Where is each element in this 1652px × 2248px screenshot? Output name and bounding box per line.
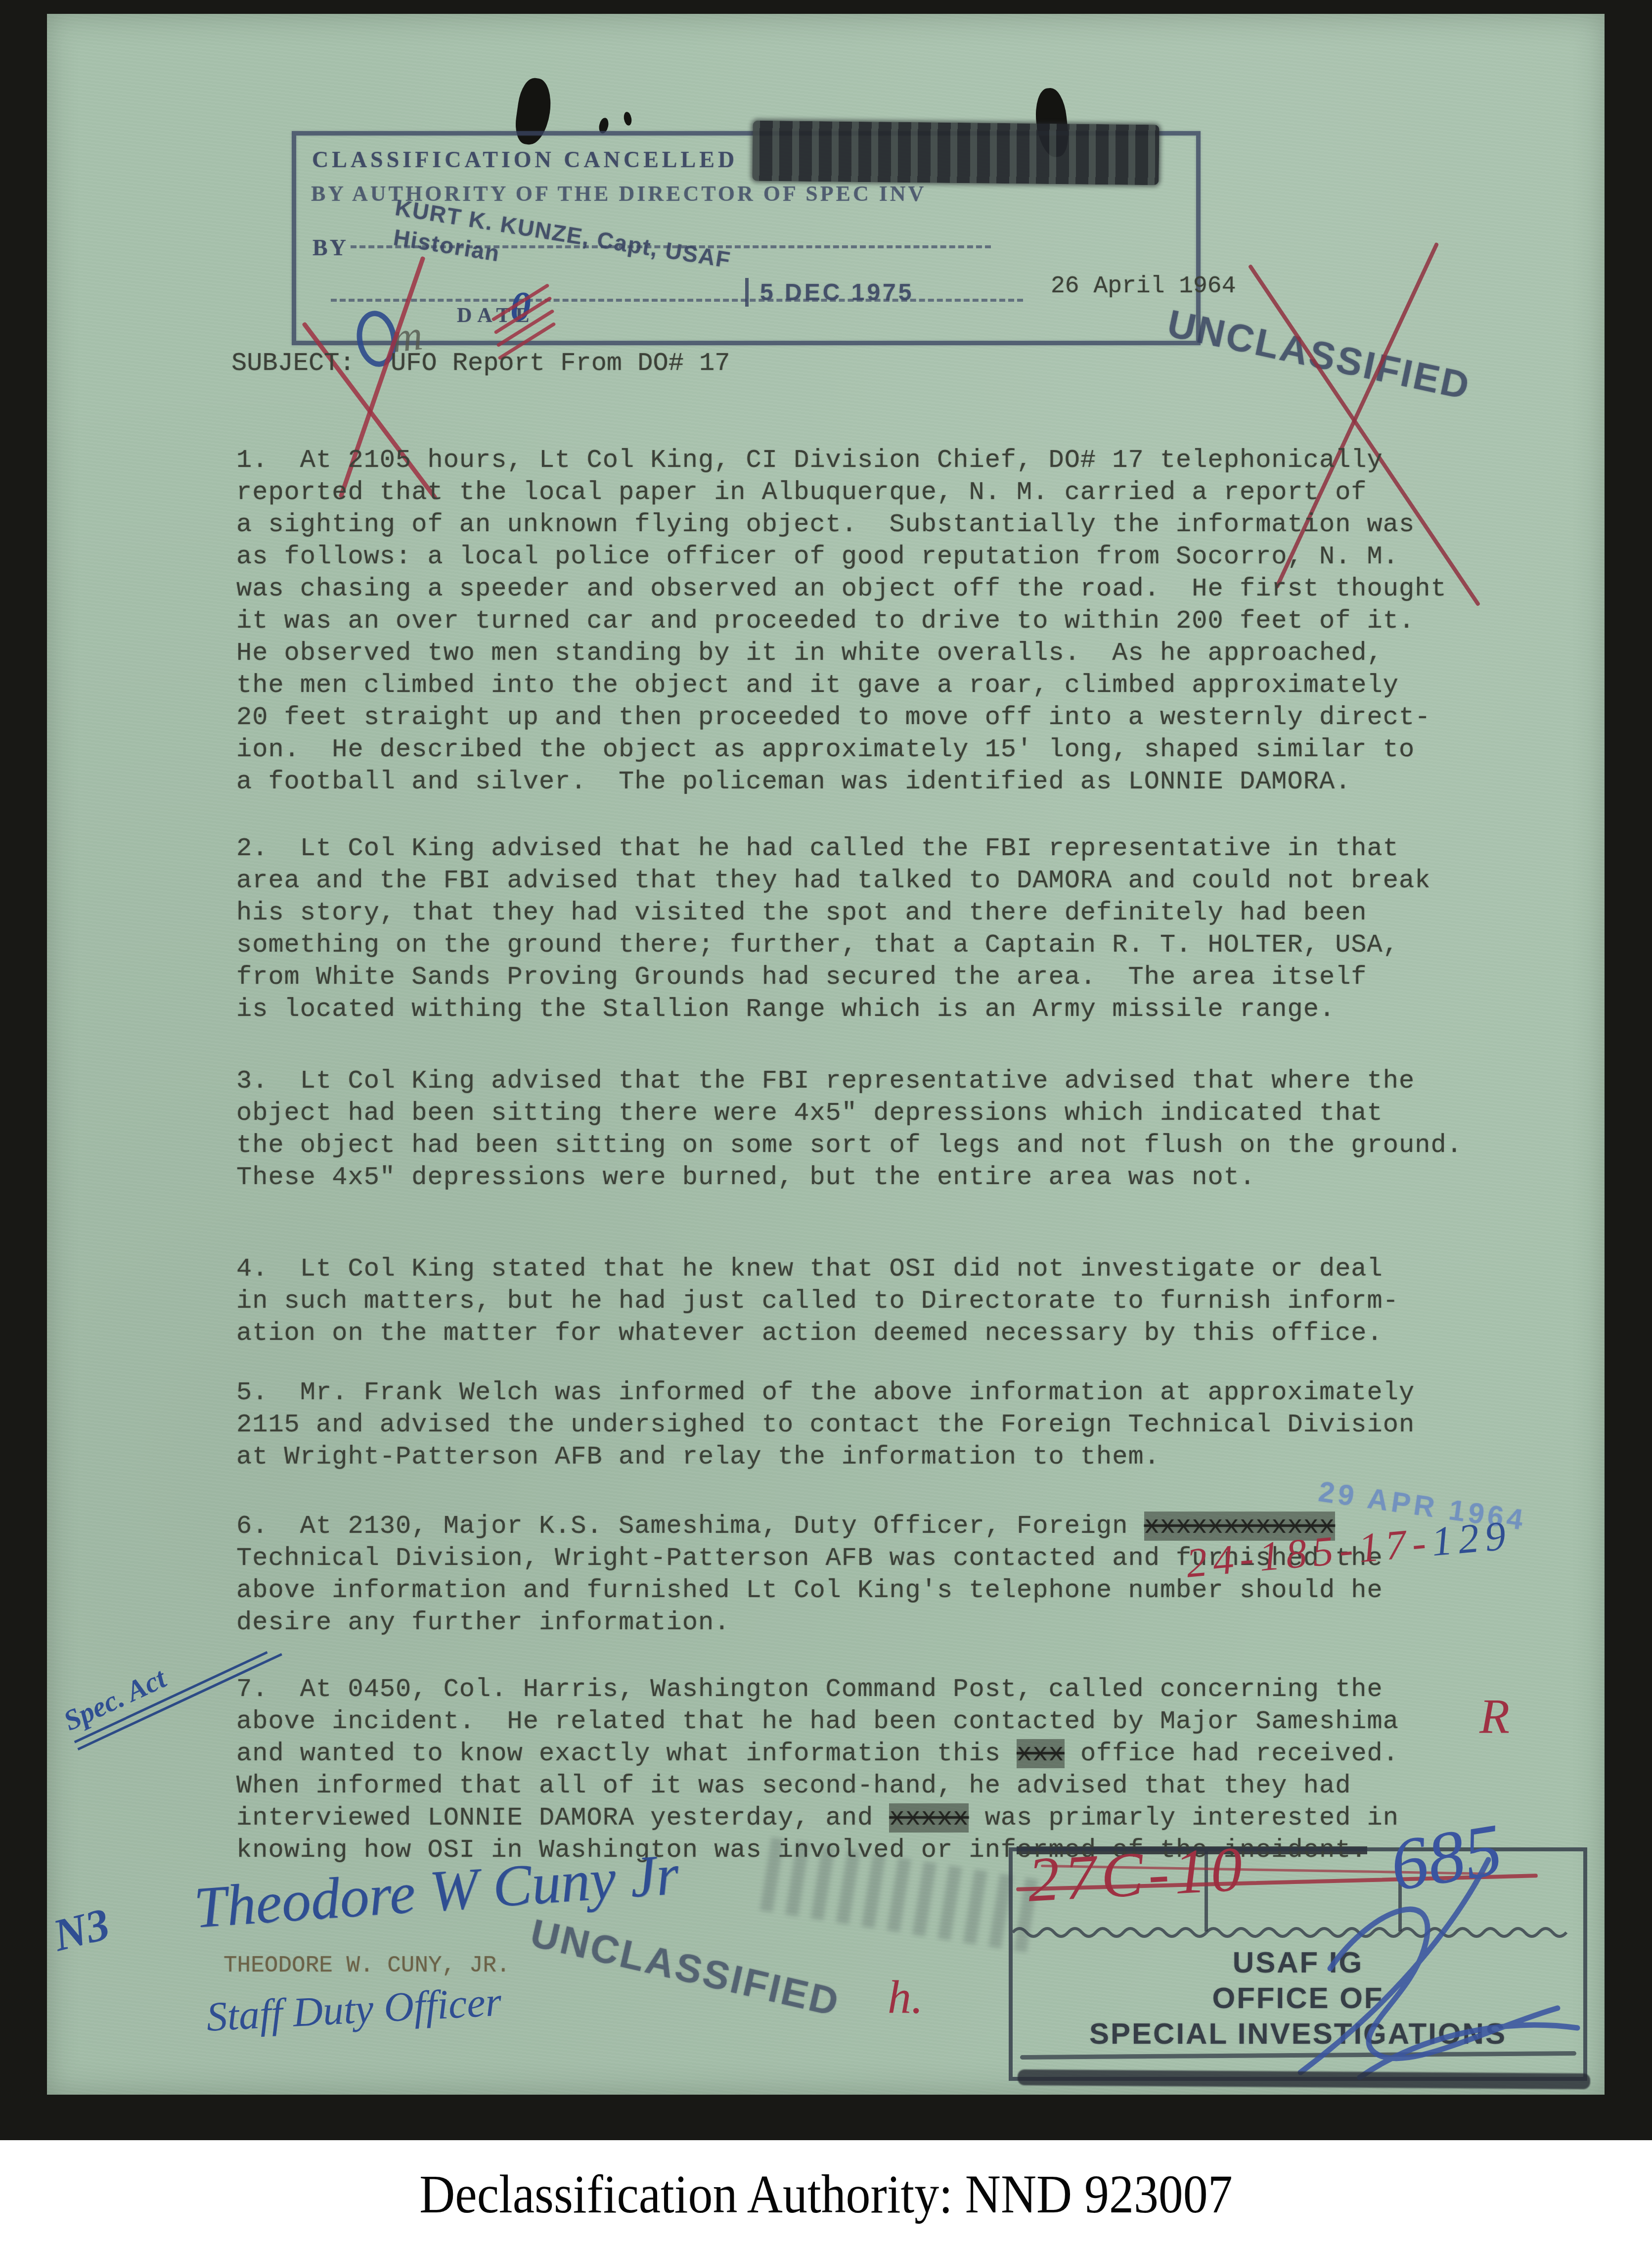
paragraph-1: 1. At 2105 hours, Lt Col King, CI Divisi… — [236, 444, 1447, 798]
paragraph-3: 3. Lt Col King advised that the FBI repr… — [236, 1065, 1463, 1193]
date-line — [331, 299, 1023, 302]
paragraph-5: 5. Mr. Frank Welch was informed of the a… — [236, 1376, 1415, 1473]
declassification-caption: Declassification Authority: NND 923007 — [0, 2140, 1652, 2248]
stamp-bar — [745, 278, 749, 307]
obscured-stamp — [752, 121, 1159, 185]
signer-name-stamp: KURT K. KUNZE, Capt, USAF Historian — [389, 194, 733, 303]
red-h-mark: h. — [888, 1970, 923, 2024]
scanned-document: CLASSIFICATION CANCELLED BY AUTHORITY OF… — [0, 0, 1652, 2248]
paragraph-4: 4. Lt Col King stated that he knew that … — [236, 1253, 1399, 1349]
file-number-blue: 129 — [1429, 1512, 1513, 1565]
ink-scribble-signature — [1211, 1820, 1607, 2097]
date-stamp: 5 DEC 1975 — [760, 279, 914, 306]
subject-value: UFO Report From DO# 17 — [391, 349, 730, 378]
typed-signer-name: THEODORE W. CUNY, JR. — [223, 1953, 510, 1978]
subject-label: SUBJECT: — [231, 349, 355, 378]
cancelled-line: CLASSIFICATION CANCELLED — [312, 146, 738, 173]
caption-text: Declassification Authority: NND 923007 — [419, 2163, 1232, 2225]
paragraph-2: 2. Lt Col King advised that he had calle… — [236, 832, 1430, 1025]
by-label: BY — [313, 234, 348, 261]
margin-r-mark: R — [1479, 1688, 1510, 1744]
typed-date: 26 April 1964 — [1051, 273, 1236, 300]
